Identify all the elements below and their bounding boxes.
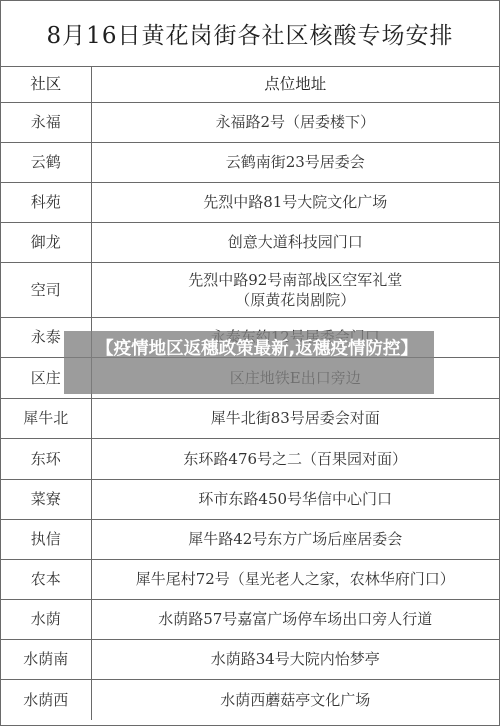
community-cell: 云鹤 bbox=[1, 142, 91, 182]
community-cell: 水荫 bbox=[1, 599, 91, 639]
address-cell: 犀牛尾村72号（星光老人之家，农林华府门口） bbox=[91, 559, 499, 599]
community-cell: 水荫南 bbox=[1, 639, 91, 679]
address-cell: 环市东路450号华信中心门口 bbox=[91, 479, 499, 519]
community-cell: 农本 bbox=[1, 559, 91, 599]
table-row: 执信 犀牛路42号东方广场后座居委会 bbox=[1, 519, 499, 559]
table-row: 菜寮 环市东路450号华信中心门口 bbox=[1, 479, 499, 519]
table-row: 御龙 创意大道科技园门口 bbox=[1, 222, 499, 262]
address-cell: 水荫路57号嘉富广场停车场出口旁人行道 bbox=[91, 599, 499, 639]
address-cell: 犀牛北街83号居委会对面 bbox=[91, 398, 499, 438]
address-cell: 水荫西蘑菇亭文化广场 bbox=[91, 679, 499, 720]
column-header-address: 点位地址 bbox=[91, 67, 499, 102]
table-header-row: 社区 点位地址 bbox=[1, 67, 499, 102]
community-cell: 犀牛北 bbox=[1, 398, 91, 438]
address-cell: 先烈中路92号南部战区空军礼堂 （原黄花岗剧院） bbox=[91, 262, 499, 317]
table-row: 科苑 先烈中路81号大院文化广场 bbox=[1, 182, 499, 222]
table-row: 犀牛北 犀牛北街83号居委会对面 bbox=[1, 398, 499, 438]
table-row: 东环 东环路476号之二（百果园对面） bbox=[1, 438, 499, 479]
address-cell: 犀牛路42号东方广场后座居委会 bbox=[91, 519, 499, 559]
community-cell: 水荫西 bbox=[1, 679, 91, 720]
table-row: 水荫西 水荫西蘑菇亭文化广场 bbox=[1, 679, 499, 720]
community-cell: 御龙 bbox=[1, 222, 91, 262]
community-cell: 执信 bbox=[1, 519, 91, 559]
document-title: 8月16日黄花岗街各社区核酸专场安排 bbox=[1, 1, 499, 67]
address-cell: 创意大道科技园门口 bbox=[91, 222, 499, 262]
community-cell: 空司 bbox=[1, 262, 91, 317]
table-row: 云鹤 云鹤南街23号居委会 bbox=[1, 142, 499, 182]
table-row: 农本 犀牛尾村72号（星光老人之家，农林华府门口） bbox=[1, 559, 499, 599]
table-row: 水荫南 水荫路34号大院内怡梦亭 bbox=[1, 639, 499, 679]
table-row: 永福 永福路2号（居委楼下） bbox=[1, 102, 499, 142]
community-cell: 科苑 bbox=[1, 182, 91, 222]
address-cell: 云鹤南街23号居委会 bbox=[91, 142, 499, 182]
address-cell: 东环路476号之二（百果园对面） bbox=[91, 438, 499, 479]
community-cell: 菜寮 bbox=[1, 479, 91, 519]
table-row: 空司 先烈中路92号南部战区空军礼堂 （原黄花岗剧院） bbox=[1, 262, 499, 317]
column-header-community: 社区 bbox=[1, 67, 91, 102]
community-cell: 东环 bbox=[1, 438, 91, 479]
community-cell: 永福 bbox=[1, 102, 91, 142]
address-cell: 先烈中路81号大院文化广场 bbox=[91, 182, 499, 222]
address-cell: 水荫路34号大院内怡梦亭 bbox=[91, 639, 499, 679]
address-cell: 永福路2号（居委楼下） bbox=[91, 102, 499, 142]
caption-overlay-text: 【疫情地区返穗政策最新,返穗疫情防控】 bbox=[82, 337, 432, 361]
table-row: 水荫 水荫路57号嘉富广场停车场出口旁人行道 bbox=[1, 599, 499, 639]
